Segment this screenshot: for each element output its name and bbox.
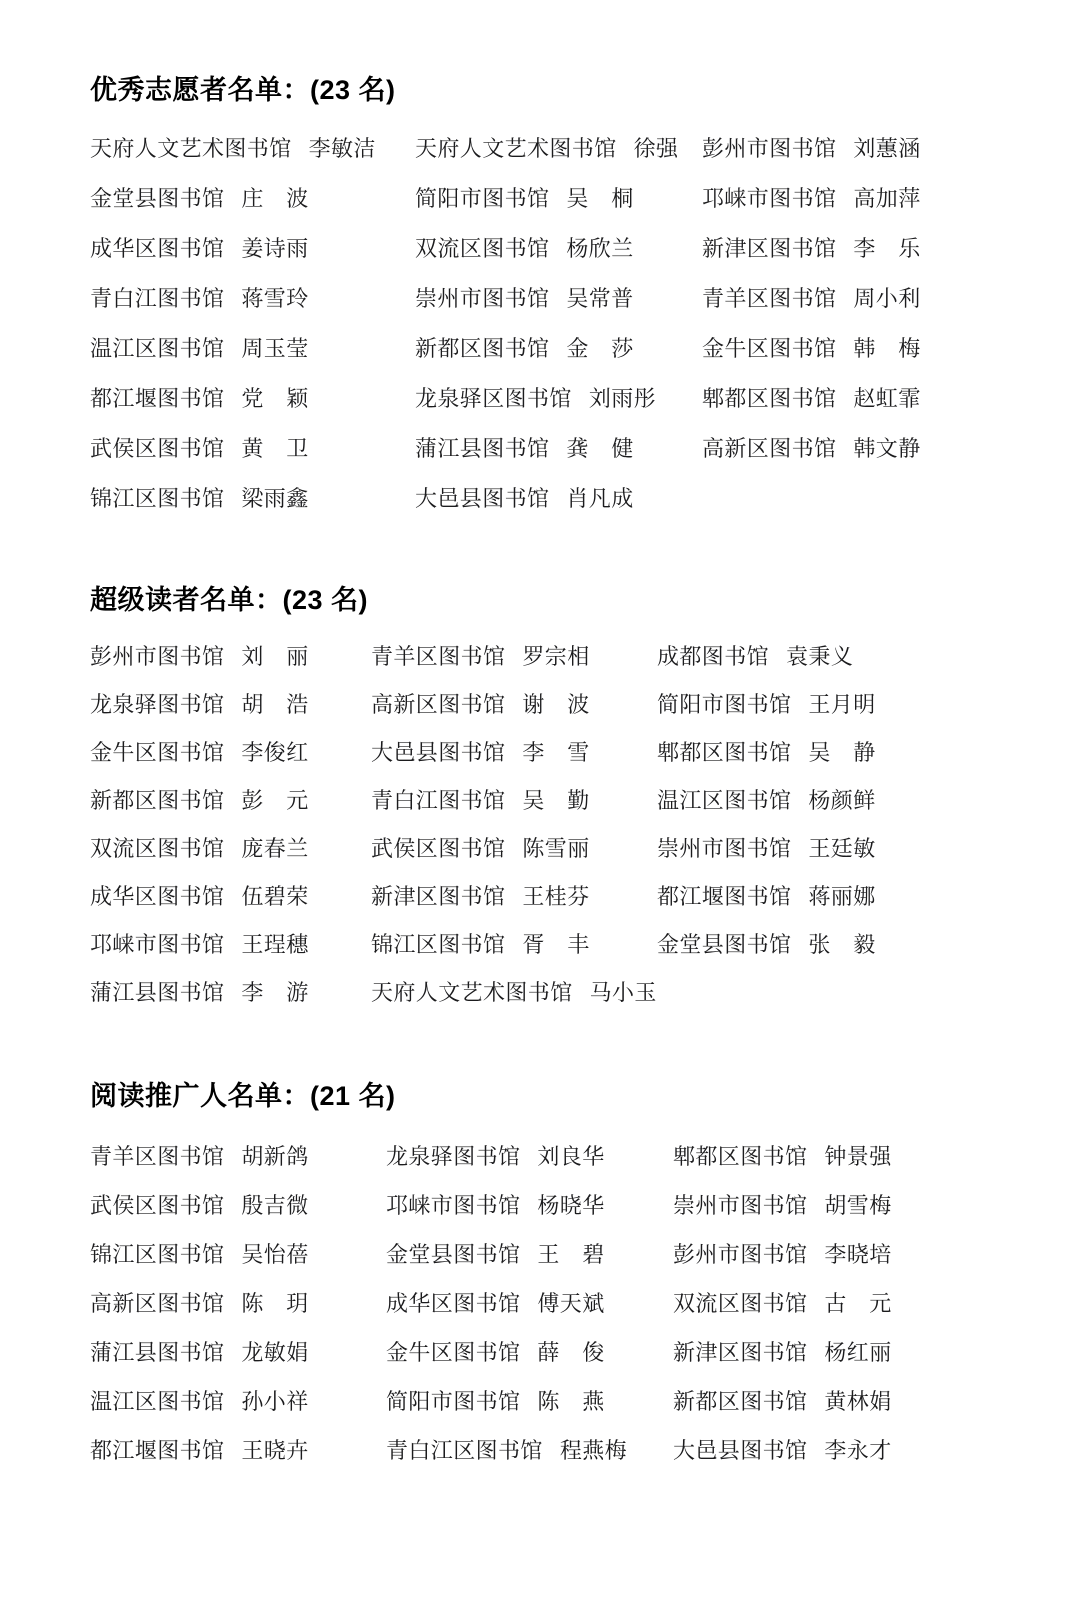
person-name: 周小利 bbox=[853, 288, 920, 310]
library-name: 简阳市图书馆 bbox=[657, 694, 791, 716]
list-item: 高新区图书馆 谢 波 bbox=[371, 694, 657, 716]
section-title-outstanding-volunteers: 优秀志愿者名单：(23 名) bbox=[90, 74, 1025, 106]
person-name: 王晓卉 bbox=[241, 1440, 308, 1462]
section-title-super-readers: 超级读者名单：(23 名) bbox=[90, 584, 1025, 616]
list-item: 彭州市图书馆 刘 丽 bbox=[90, 646, 371, 668]
list-item: 都江堰图书馆 党 颖 bbox=[90, 388, 415, 410]
library-name: 温江区图书馆 bbox=[657, 790, 791, 812]
person-name: 庞春兰 bbox=[241, 838, 308, 860]
person-name: 韩 梅 bbox=[853, 338, 920, 360]
list-item: 新都区图书馆 彭 元 bbox=[90, 790, 371, 812]
person-name: 龙敏娟 bbox=[241, 1342, 308, 1364]
list-item: 都江堰图书馆 蒋丽娜 bbox=[657, 886, 1025, 908]
library-name: 锦江区图书馆 bbox=[371, 934, 505, 956]
library-name: 天府人文艺术图书馆 bbox=[90, 138, 292, 160]
library-name: 锦江区图书馆 bbox=[90, 1244, 224, 1266]
list-item: 金堂县图书馆 张 毅 bbox=[657, 934, 1025, 956]
list-item: 邛崃市图书馆 杨晓华 bbox=[386, 1195, 673, 1217]
person-name: 党 颖 bbox=[241, 388, 308, 410]
library-name: 温江区图书馆 bbox=[90, 338, 224, 360]
library-name: 都江堰图书馆 bbox=[90, 1440, 224, 1462]
entries-grid-outstanding-volunteers: 天府人文艺术图书馆 李敏洁 天府人文艺术图书馆 徐强 彭州市图书馆 刘蕙涵 金堂… bbox=[90, 138, 1025, 510]
list-item: 成华区图书馆 傅天斌 bbox=[386, 1293, 673, 1315]
library-name: 郫都区图书馆 bbox=[657, 742, 791, 764]
library-name: 简阳市图书馆 bbox=[415, 188, 549, 210]
person-name: 龚 健 bbox=[566, 438, 633, 460]
person-name: 罗宗相 bbox=[522, 646, 589, 668]
library-name: 成华区图书馆 bbox=[90, 238, 224, 260]
section-title-reading-promoters: 阅读推广人名单：(21 名) bbox=[90, 1080, 1025, 1112]
person-name: 古 元 bbox=[824, 1293, 891, 1315]
list-item: 蒲江县图书馆 龚 健 bbox=[415, 438, 702, 460]
library-name: 成华区图书馆 bbox=[90, 886, 224, 908]
person-name: 彭 元 bbox=[241, 790, 308, 812]
list-item: 大邑县图书馆 肖凡成 bbox=[415, 488, 702, 510]
list-item: 双流区图书馆 庞春兰 bbox=[90, 838, 371, 860]
person-name: 陈雪丽 bbox=[522, 838, 589, 860]
list-item: 金堂县图书馆 王 碧 bbox=[386, 1244, 673, 1266]
library-name: 邛崃市图书馆 bbox=[386, 1195, 520, 1217]
person-name: 殷吉微 bbox=[241, 1195, 308, 1217]
person-name: 周玉莹 bbox=[241, 338, 308, 360]
library-name: 龙泉驿区图书馆 bbox=[415, 388, 572, 410]
library-name: 双流区图书馆 bbox=[90, 838, 224, 860]
library-name: 新都区图书馆 bbox=[90, 790, 224, 812]
person-name: 吴 勤 bbox=[522, 790, 589, 812]
list-item: 青羊区图书馆 罗宗相 bbox=[371, 646, 657, 668]
library-name: 武侯区图书馆 bbox=[90, 438, 224, 460]
library-name: 蒲江县图书馆 bbox=[90, 982, 224, 1004]
library-name: 彭州市图书馆 bbox=[673, 1244, 807, 1266]
library-name: 郫都区图书馆 bbox=[702, 388, 836, 410]
person-name: 韩文静 bbox=[853, 438, 920, 460]
list-item: 锦江区图书馆 胥 丰 bbox=[371, 934, 657, 956]
person-name: 伍碧荣 bbox=[241, 886, 308, 908]
library-name: 青羊区图书馆 bbox=[702, 288, 836, 310]
person-name: 李 游 bbox=[241, 982, 308, 1004]
library-name: 成华区图书馆 bbox=[386, 1293, 520, 1315]
person-name: 袁秉义 bbox=[786, 646, 853, 668]
person-name: 黄 卫 bbox=[241, 438, 308, 460]
person-name: 姜诗雨 bbox=[241, 238, 308, 260]
library-name: 彭州市图书馆 bbox=[702, 138, 836, 160]
library-name: 青羊区图书馆 bbox=[90, 1146, 224, 1168]
person-name: 金 莎 bbox=[566, 338, 633, 360]
library-name: 蒲江县图书馆 bbox=[415, 438, 549, 460]
library-name: 蒲江县图书馆 bbox=[90, 1342, 224, 1364]
person-name: 李晓培 bbox=[824, 1244, 891, 1266]
library-name: 武侯区图书馆 bbox=[371, 838, 505, 860]
library-name: 大邑县图书馆 bbox=[415, 488, 549, 510]
library-name: 金牛区图书馆 bbox=[702, 338, 836, 360]
list-item: 龙泉驿图书馆 刘良华 bbox=[386, 1146, 673, 1168]
list-item: 高新区图书馆 陈 玥 bbox=[90, 1293, 386, 1315]
list-item: 青白江图书馆 吴 勤 bbox=[371, 790, 657, 812]
person-name: 吴 静 bbox=[808, 742, 875, 764]
person-name: 李敏洁 bbox=[309, 138, 376, 160]
library-name: 天府人文艺术图书馆 bbox=[415, 138, 617, 160]
list-item: 邛崃市图书馆 王珵穗 bbox=[90, 934, 371, 956]
list-item: 天府人文艺术图书馆 马小玉 bbox=[371, 982, 657, 1004]
entries-grid-super-readers: 彭州市图书馆 刘 丽 青羊区图书馆 罗宗相 成都图书馆 袁秉义 龙泉驿图书馆 胡… bbox=[90, 646, 1025, 1004]
library-name: 双流区图书馆 bbox=[673, 1293, 807, 1315]
library-name: 新津区图书馆 bbox=[673, 1342, 807, 1364]
library-name: 青羊区图书馆 bbox=[371, 646, 505, 668]
person-name: 王 碧 bbox=[537, 1244, 604, 1266]
list-item: 郫都区图书馆 赵虹霏 bbox=[702, 388, 1025, 410]
section-super-readers: 超级读者名单：(23 名) 彭州市图书馆 刘 丽 青羊区图书馆 罗宗相 成都图书… bbox=[90, 584, 1025, 1004]
person-name: 李俊红 bbox=[241, 742, 308, 764]
list-item: 崇州市图书馆 胡雪梅 bbox=[673, 1195, 1025, 1217]
person-name: 王廷敏 bbox=[808, 838, 875, 860]
list-item: 金堂县图书馆 庄 波 bbox=[90, 188, 415, 210]
list-item: 锦江区图书馆 梁雨鑫 bbox=[90, 488, 415, 510]
person-name: 庄 波 bbox=[241, 188, 308, 210]
person-name: 胡新鸽 bbox=[241, 1146, 308, 1168]
library-name: 都江堰图书馆 bbox=[657, 886, 791, 908]
list-item: 简阳市图书馆 王月明 bbox=[657, 694, 1025, 716]
library-name: 高新区图书馆 bbox=[90, 1293, 224, 1315]
library-name: 新都区图书馆 bbox=[415, 338, 549, 360]
person-name: 王桂芬 bbox=[522, 886, 589, 908]
list-item: 新都区图书馆 金 莎 bbox=[415, 338, 702, 360]
list-item: 青白江区图书馆 程燕梅 bbox=[386, 1440, 673, 1462]
person-name: 肖凡成 bbox=[566, 488, 633, 510]
list-item: 新津区图书馆 杨红丽 bbox=[673, 1342, 1025, 1364]
person-name: 李 乐 bbox=[853, 238, 920, 260]
section-outstanding-volunteers: 优秀志愿者名单：(23 名) 天府人文艺术图书馆 李敏洁 天府人文艺术图书馆 徐… bbox=[90, 74, 1025, 510]
list-item: 天府人文艺术图书馆 徐强 bbox=[415, 138, 702, 160]
person-name: 李永才 bbox=[824, 1440, 891, 1462]
library-name: 大邑县图书馆 bbox=[673, 1440, 807, 1462]
person-name: 马小玉 bbox=[590, 982, 657, 1004]
person-name: 刘雨彤 bbox=[589, 388, 656, 410]
library-name: 郫都区图书馆 bbox=[673, 1146, 807, 1168]
person-name: 吴 桐 bbox=[566, 188, 633, 210]
page: 优秀志愿者名单：(23 名) 天府人文艺术图书馆 李敏洁 天府人文艺术图书馆 徐… bbox=[0, 0, 1080, 1606]
list-item: 金牛区图书馆 韩 梅 bbox=[702, 338, 1025, 360]
library-name: 金堂县图书馆 bbox=[657, 934, 791, 956]
list-item: 郫都区图书馆 吴 静 bbox=[657, 742, 1025, 764]
list-item: 蒲江县图书馆 龙敏娟 bbox=[90, 1342, 386, 1364]
list-item: 成华区图书馆 伍碧荣 bbox=[90, 886, 371, 908]
library-name: 高新区图书馆 bbox=[702, 438, 836, 460]
library-name: 锦江区图书馆 bbox=[90, 488, 224, 510]
library-name: 青白江图书馆 bbox=[90, 288, 224, 310]
list-item: 成华区图书馆 姜诗雨 bbox=[90, 238, 415, 260]
person-name: 蒋丽娜 bbox=[808, 886, 875, 908]
library-name: 成都图书馆 bbox=[657, 646, 769, 668]
list-item: 崇州市图书馆 吴常普 bbox=[415, 288, 702, 310]
list-item: 高新区图书馆 韩文静 bbox=[702, 438, 1025, 460]
list-item: 彭州市图书馆 李晓培 bbox=[673, 1244, 1025, 1266]
list-item: 新津区图书馆 李 乐 bbox=[702, 238, 1025, 260]
library-name: 双流区图书馆 bbox=[415, 238, 549, 260]
list-item: 简阳市图书馆 吴 桐 bbox=[415, 188, 702, 210]
library-name: 新津区图书馆 bbox=[371, 886, 505, 908]
library-name: 大邑县图书馆 bbox=[371, 742, 505, 764]
person-name: 杨欣兰 bbox=[566, 238, 633, 260]
library-name: 彭州市图书馆 bbox=[90, 646, 224, 668]
list-item: 温江区图书馆 杨颜鲜 bbox=[657, 790, 1025, 812]
library-name: 邛崃市图书馆 bbox=[702, 188, 836, 210]
list-item: 蒲江县图书馆 李 游 bbox=[90, 982, 371, 1004]
person-name: 傅天斌 bbox=[537, 1293, 604, 1315]
person-name: 刘蕙涵 bbox=[853, 138, 920, 160]
library-name: 高新区图书馆 bbox=[371, 694, 505, 716]
library-name: 崇州市图书馆 bbox=[673, 1195, 807, 1217]
list-item: 温江区图书馆 周玉莹 bbox=[90, 338, 415, 360]
person-name: 黄林娟 bbox=[824, 1391, 891, 1413]
library-name: 青白江区图书馆 bbox=[386, 1440, 543, 1462]
person-name: 胡 浩 bbox=[241, 694, 308, 716]
entries-grid-reading-promoters: 青羊区图书馆 胡新鸽 龙泉驿图书馆 刘良华 郫都区图书馆 钟景强 武侯区图书馆 … bbox=[90, 1146, 1025, 1462]
library-name: 金牛区图书馆 bbox=[90, 742, 224, 764]
list-item: 彭州市图书馆 刘蕙涵 bbox=[702, 138, 1025, 160]
list-item: 金牛区图书馆 李俊红 bbox=[90, 742, 371, 764]
list-item: 天府人文艺术图书馆 李敏洁 bbox=[90, 138, 415, 160]
library-name: 新都区图书馆 bbox=[673, 1391, 807, 1413]
library-name: 新津区图书馆 bbox=[702, 238, 836, 260]
list-item: 双流区图书馆 杨欣兰 bbox=[415, 238, 702, 260]
person-name: 赵虹霏 bbox=[853, 388, 920, 410]
list-item: 龙泉驿图书馆 胡 浩 bbox=[90, 694, 371, 716]
list-item: 都江堰图书馆 王晓卉 bbox=[90, 1440, 386, 1462]
person-name: 吴常普 bbox=[566, 288, 633, 310]
list-item: 邛崃市图书馆 高加萍 bbox=[702, 188, 1025, 210]
list-item: 温江区图书馆 孙小祥 bbox=[90, 1391, 386, 1413]
library-name: 温江区图书馆 bbox=[90, 1391, 224, 1413]
list-item: 武侯区图书馆 黄 卫 bbox=[90, 438, 415, 460]
library-name: 邛崃市图书馆 bbox=[90, 934, 224, 956]
library-name: 金牛区图书馆 bbox=[386, 1342, 520, 1364]
person-name: 孙小祥 bbox=[241, 1391, 308, 1413]
list-item: 双流区图书馆 古 元 bbox=[673, 1293, 1025, 1315]
person-name: 徐强 bbox=[634, 138, 679, 160]
list-item: 武侯区图书馆 殷吉微 bbox=[90, 1195, 386, 1217]
library-name: 武侯区图书馆 bbox=[90, 1195, 224, 1217]
person-name: 李 雪 bbox=[522, 742, 589, 764]
person-name: 杨晓华 bbox=[537, 1195, 604, 1217]
person-name: 陈 玥 bbox=[241, 1293, 308, 1315]
list-item: 崇州市图书馆 王廷敏 bbox=[657, 838, 1025, 860]
library-name: 金堂县图书馆 bbox=[90, 188, 224, 210]
person-name: 高加萍 bbox=[853, 188, 920, 210]
person-name: 刘良华 bbox=[537, 1146, 604, 1168]
section-reading-promoters: 阅读推广人名单：(21 名) 青羊区图书馆 胡新鸽 龙泉驿图书馆 刘良华 郫都区… bbox=[90, 1080, 1025, 1462]
person-name: 谢 波 bbox=[522, 694, 589, 716]
library-name: 龙泉驿图书馆 bbox=[386, 1146, 520, 1168]
person-name: 程燕梅 bbox=[560, 1440, 627, 1462]
list-item: 锦江区图书馆 吴怡蓓 bbox=[90, 1244, 386, 1266]
library-name: 金堂县图书馆 bbox=[386, 1244, 520, 1266]
person-name: 钟景强 bbox=[824, 1146, 891, 1168]
list-item: 龙泉驿区图书馆 刘雨彤 bbox=[415, 388, 702, 410]
library-name: 龙泉驿图书馆 bbox=[90, 694, 224, 716]
list-item: 大邑县图书馆 李 雪 bbox=[371, 742, 657, 764]
person-name: 陈 燕 bbox=[537, 1391, 604, 1413]
list-item: 大邑县图书馆 李永才 bbox=[673, 1440, 1025, 1462]
person-name: 薛 俊 bbox=[537, 1342, 604, 1364]
person-name: 杨红丽 bbox=[824, 1342, 891, 1364]
list-item: 郫都区图书馆 钟景强 bbox=[673, 1146, 1025, 1168]
list-item: 青羊区图书馆 胡新鸽 bbox=[90, 1146, 386, 1168]
person-name: 吴怡蓓 bbox=[241, 1244, 308, 1266]
library-name: 天府人文艺术图书馆 bbox=[371, 982, 573, 1004]
list-item: 金牛区图书馆 薛 俊 bbox=[386, 1342, 673, 1364]
person-name: 胡雪梅 bbox=[824, 1195, 891, 1217]
library-name: 青白江图书馆 bbox=[371, 790, 505, 812]
person-name: 王珵穗 bbox=[241, 934, 308, 956]
person-name: 王月明 bbox=[808, 694, 875, 716]
person-name: 胥 丰 bbox=[522, 934, 589, 956]
library-name: 崇州市图书馆 bbox=[415, 288, 549, 310]
list-item: 青白江图书馆 蒋雪玲 bbox=[90, 288, 415, 310]
person-name: 杨颜鲜 bbox=[808, 790, 875, 812]
list-item: 新津区图书馆 王桂芬 bbox=[371, 886, 657, 908]
list-item: 成都图书馆 袁秉义 bbox=[657, 646, 1025, 668]
library-name: 崇州市图书馆 bbox=[657, 838, 791, 860]
list-item: 青羊区图书馆 周小利 bbox=[702, 288, 1025, 310]
list-item: 新都区图书馆 黄林娟 bbox=[673, 1391, 1025, 1413]
library-name: 简阳市图书馆 bbox=[386, 1391, 520, 1413]
library-name: 都江堰图书馆 bbox=[90, 388, 224, 410]
person-name: 刘 丽 bbox=[241, 646, 308, 668]
list-item: 简阳市图书馆 陈 燕 bbox=[386, 1391, 673, 1413]
person-name: 梁雨鑫 bbox=[241, 488, 308, 510]
person-name: 蒋雪玲 bbox=[241, 288, 308, 310]
person-name: 张 毅 bbox=[808, 934, 875, 956]
list-item: 武侯区图书馆 陈雪丽 bbox=[371, 838, 657, 860]
